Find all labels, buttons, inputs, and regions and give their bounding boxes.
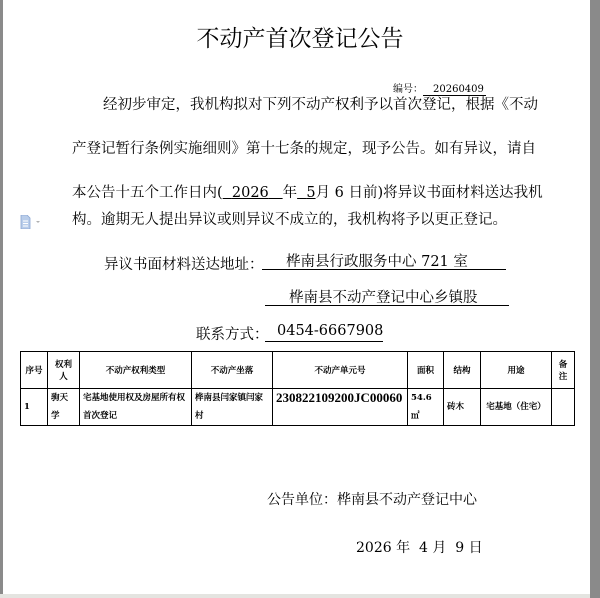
cell-area: 54.6 ㎡: [408, 389, 444, 426]
body-line-2: 产登记暂行条例实施细则》第十七条的规定，现予公告。如有异议，请自: [72, 142, 527, 156]
vertical-scrollbar[interactable]: [590, 0, 600, 598]
header-unit-no: 不动产单元号: [273, 352, 408, 389]
issuer-name: 桦南县不动产登记中心: [337, 492, 477, 508]
cell-location: 桦南县闫家镇闫家村: [192, 389, 273, 426]
year-unit: 年: [283, 185, 298, 201]
notice-date: 2026 年 4 月 9 日: [356, 537, 483, 557]
deadline-suffix: 月 6 日前)将异议书面材料送达我机: [316, 185, 543, 201]
contact-phone: 0454-6667908: [265, 323, 383, 342]
deadline-prefix: 本公告十五个工作日内(: [72, 185, 223, 201]
table-row: 1 驹天学 宅基地使用权及房屋所有权首次登记 桦南县闫家镇闫家村 2308221…: [21, 389, 575, 426]
cell-structure: 砖木: [444, 389, 481, 426]
serial-number: 编号：20260409: [393, 80, 486, 96]
issuer-line: 公告单位：桦南县不动产登记中心: [267, 489, 477, 509]
address-line-2: 桦南县不动产登记中心乡镇股: [265, 286, 509, 306]
header-right-type: 不动产权利类型: [80, 352, 192, 389]
cell-remark: [552, 389, 575, 426]
header-no: 序号: [21, 352, 48, 389]
address-line-1: 桦南县行政服务中心 721 室: [262, 250, 506, 270]
header-remark: 备注: [552, 352, 575, 389]
address-label: 异议书面材料送达地址：: [104, 253, 264, 274]
contact-label: 联系方式：: [196, 323, 269, 344]
registration-table: 序号 权利人 不动产权利类型 不动产坐落 不动产单元号 面积 结构 用途 备注 …: [20, 351, 575, 426]
table-header-row: 序号 权利人 不动产权利类型 不动产坐落 不动产单元号 面积 结构 用途 备注: [21, 352, 575, 389]
window-bottom-edge: [0, 594, 590, 598]
body-line-4: 构。逾期无人提出异议或则异议不成立的，我机构将予以更正登记。: [72, 213, 527, 227]
cell-usage: 宅基地（住宅）: [481, 389, 552, 426]
header-owner: 权利人: [48, 352, 80, 389]
cell-unit-no: 230822109200JC00060: [273, 389, 408, 426]
header-structure: 结构: [444, 352, 481, 389]
serial-value: 20260409: [423, 84, 486, 96]
serial-label: 编号：: [393, 84, 423, 95]
header-location: 不动产坐落: [192, 352, 273, 389]
body-line-3: 本公告十五个工作日内( 2026 年 5月 6 日前)将异议书面材料送达我机: [72, 186, 527, 200]
cell-owner: 驹天学: [48, 389, 80, 426]
header-area: 面积: [408, 352, 444, 389]
cell-right-type: 宅基地使用权及房屋所有权首次登记: [80, 389, 192, 426]
body-line-1: 经初步审定，我机构拟对下列不动产权利予以首次登记，根据《不动: [103, 98, 558, 112]
header-usage: 用途: [481, 352, 552, 389]
issuer-label: 公告单位：: [267, 492, 337, 508]
document-options-icon[interactable]: [20, 214, 42, 233]
page-title: 不动产首次登记公告: [0, 20, 600, 53]
deadline-year: 2026: [223, 185, 283, 201]
cell-no: 1: [21, 389, 48, 426]
deadline-month: 5: [297, 185, 315, 201]
